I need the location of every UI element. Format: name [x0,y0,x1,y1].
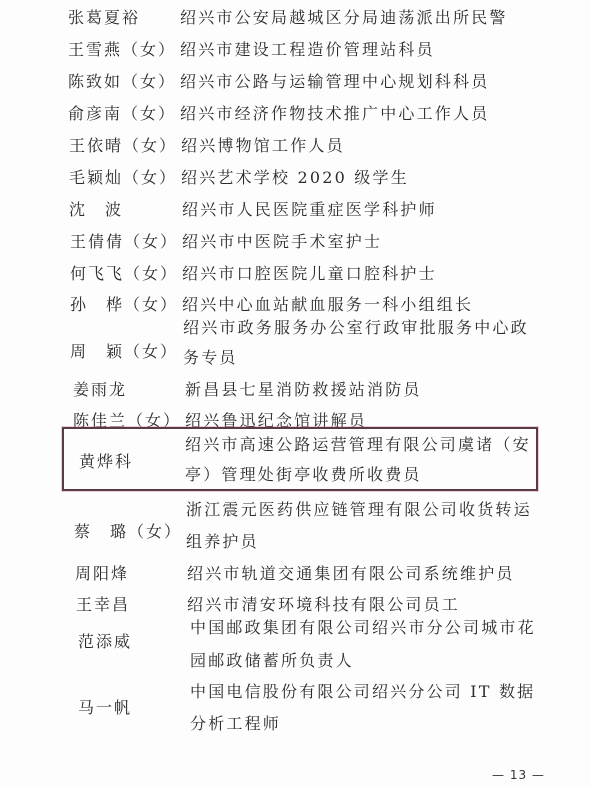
person-description-line-1: 中国电信股份有限公司绍兴分公司 IT 数据 [190,676,535,708]
person-description: 绍兴市人民医院重症医学科护师 [182,194,437,226]
person-name: 沈 波 [69,200,123,220]
person-description: 新昌县七星消防救援站消防员 [185,374,422,406]
person-name: 王依晴（女） [69,136,177,156]
person-name: 范添威 [78,632,132,652]
person-description-line-1: 绍兴市高速公路运营管理有限公司虞诸（安 [185,429,531,461]
person-description-line-1: 中国邮政集团有限公司绍兴市分公司城市花 [190,612,536,644]
person-description: 绍兴市中医院手术室护士 [182,226,382,258]
person-name: 何飞飞（女） [70,264,178,284]
person-name: 张葛夏裕 [68,8,140,28]
person-description: 绍兴博物馆工作人员 [181,130,345,162]
person-description-line-2: 组养护员 [186,526,259,558]
person-name: 周阳烽 [75,564,129,584]
person-description: 绍兴市轨道交通集团有限公司系统维护员 [187,558,515,590]
person-name: 蔡 璐（女） [74,522,182,542]
person-name: 王雪燕（女） [68,40,176,60]
person-description-line-1: 浙江震元医药供应链管理有限公司收货转运 [186,494,532,526]
person-description: 绍兴市建设工程造价管理站科员 [180,34,435,66]
person-name: 陈致如（女） [68,72,176,92]
person-name: 俞彦南（女） [68,104,176,124]
person-description: 绍兴市公安局越城区分局迪荡派出所民警 [180,2,508,34]
person-name: 王倩倩（女） [70,232,178,252]
person-name: 王幸昌 [76,595,130,615]
page-number: — 13 — [492,768,545,782]
person-name: 马一帆 [78,698,132,718]
person-name: 孙 桦（女） [70,295,178,315]
person-description-line-2: 务专员 [183,342,238,374]
person-description: 绍兴市口腔医院儿童口腔科护士 [182,258,437,290]
person-description-line-2: 分析工程师 [190,708,281,740]
person-description-line-1: 绍兴市政务服务办公室行政审批服务中心政 [183,312,529,344]
person-name: 周 颖（女） [70,342,178,362]
person-description: 绍兴艺术学校 2020 级学生 [181,162,409,194]
document-page: 张葛夏裕 绍兴市公安局越城区分局迪荡派出所民警 王雪燕（女） 绍兴市建设工程造价… [0,0,590,787]
person-name: 毛颖灿（女） [69,168,177,188]
person-name: 姜雨龙 [73,380,127,400]
person-name: 黄烨科 [79,452,133,472]
person-description-line-2: 亭）管理处街亭收费所收费员 [185,459,422,491]
person-description: 绍兴市公路与运输管理中心规划科科员 [180,66,489,98]
person-description: 绍兴市经济作物技术推广中心工作人员 [180,98,489,130]
person-description-line-2: 园邮政储蓄所负责人 [190,645,354,677]
